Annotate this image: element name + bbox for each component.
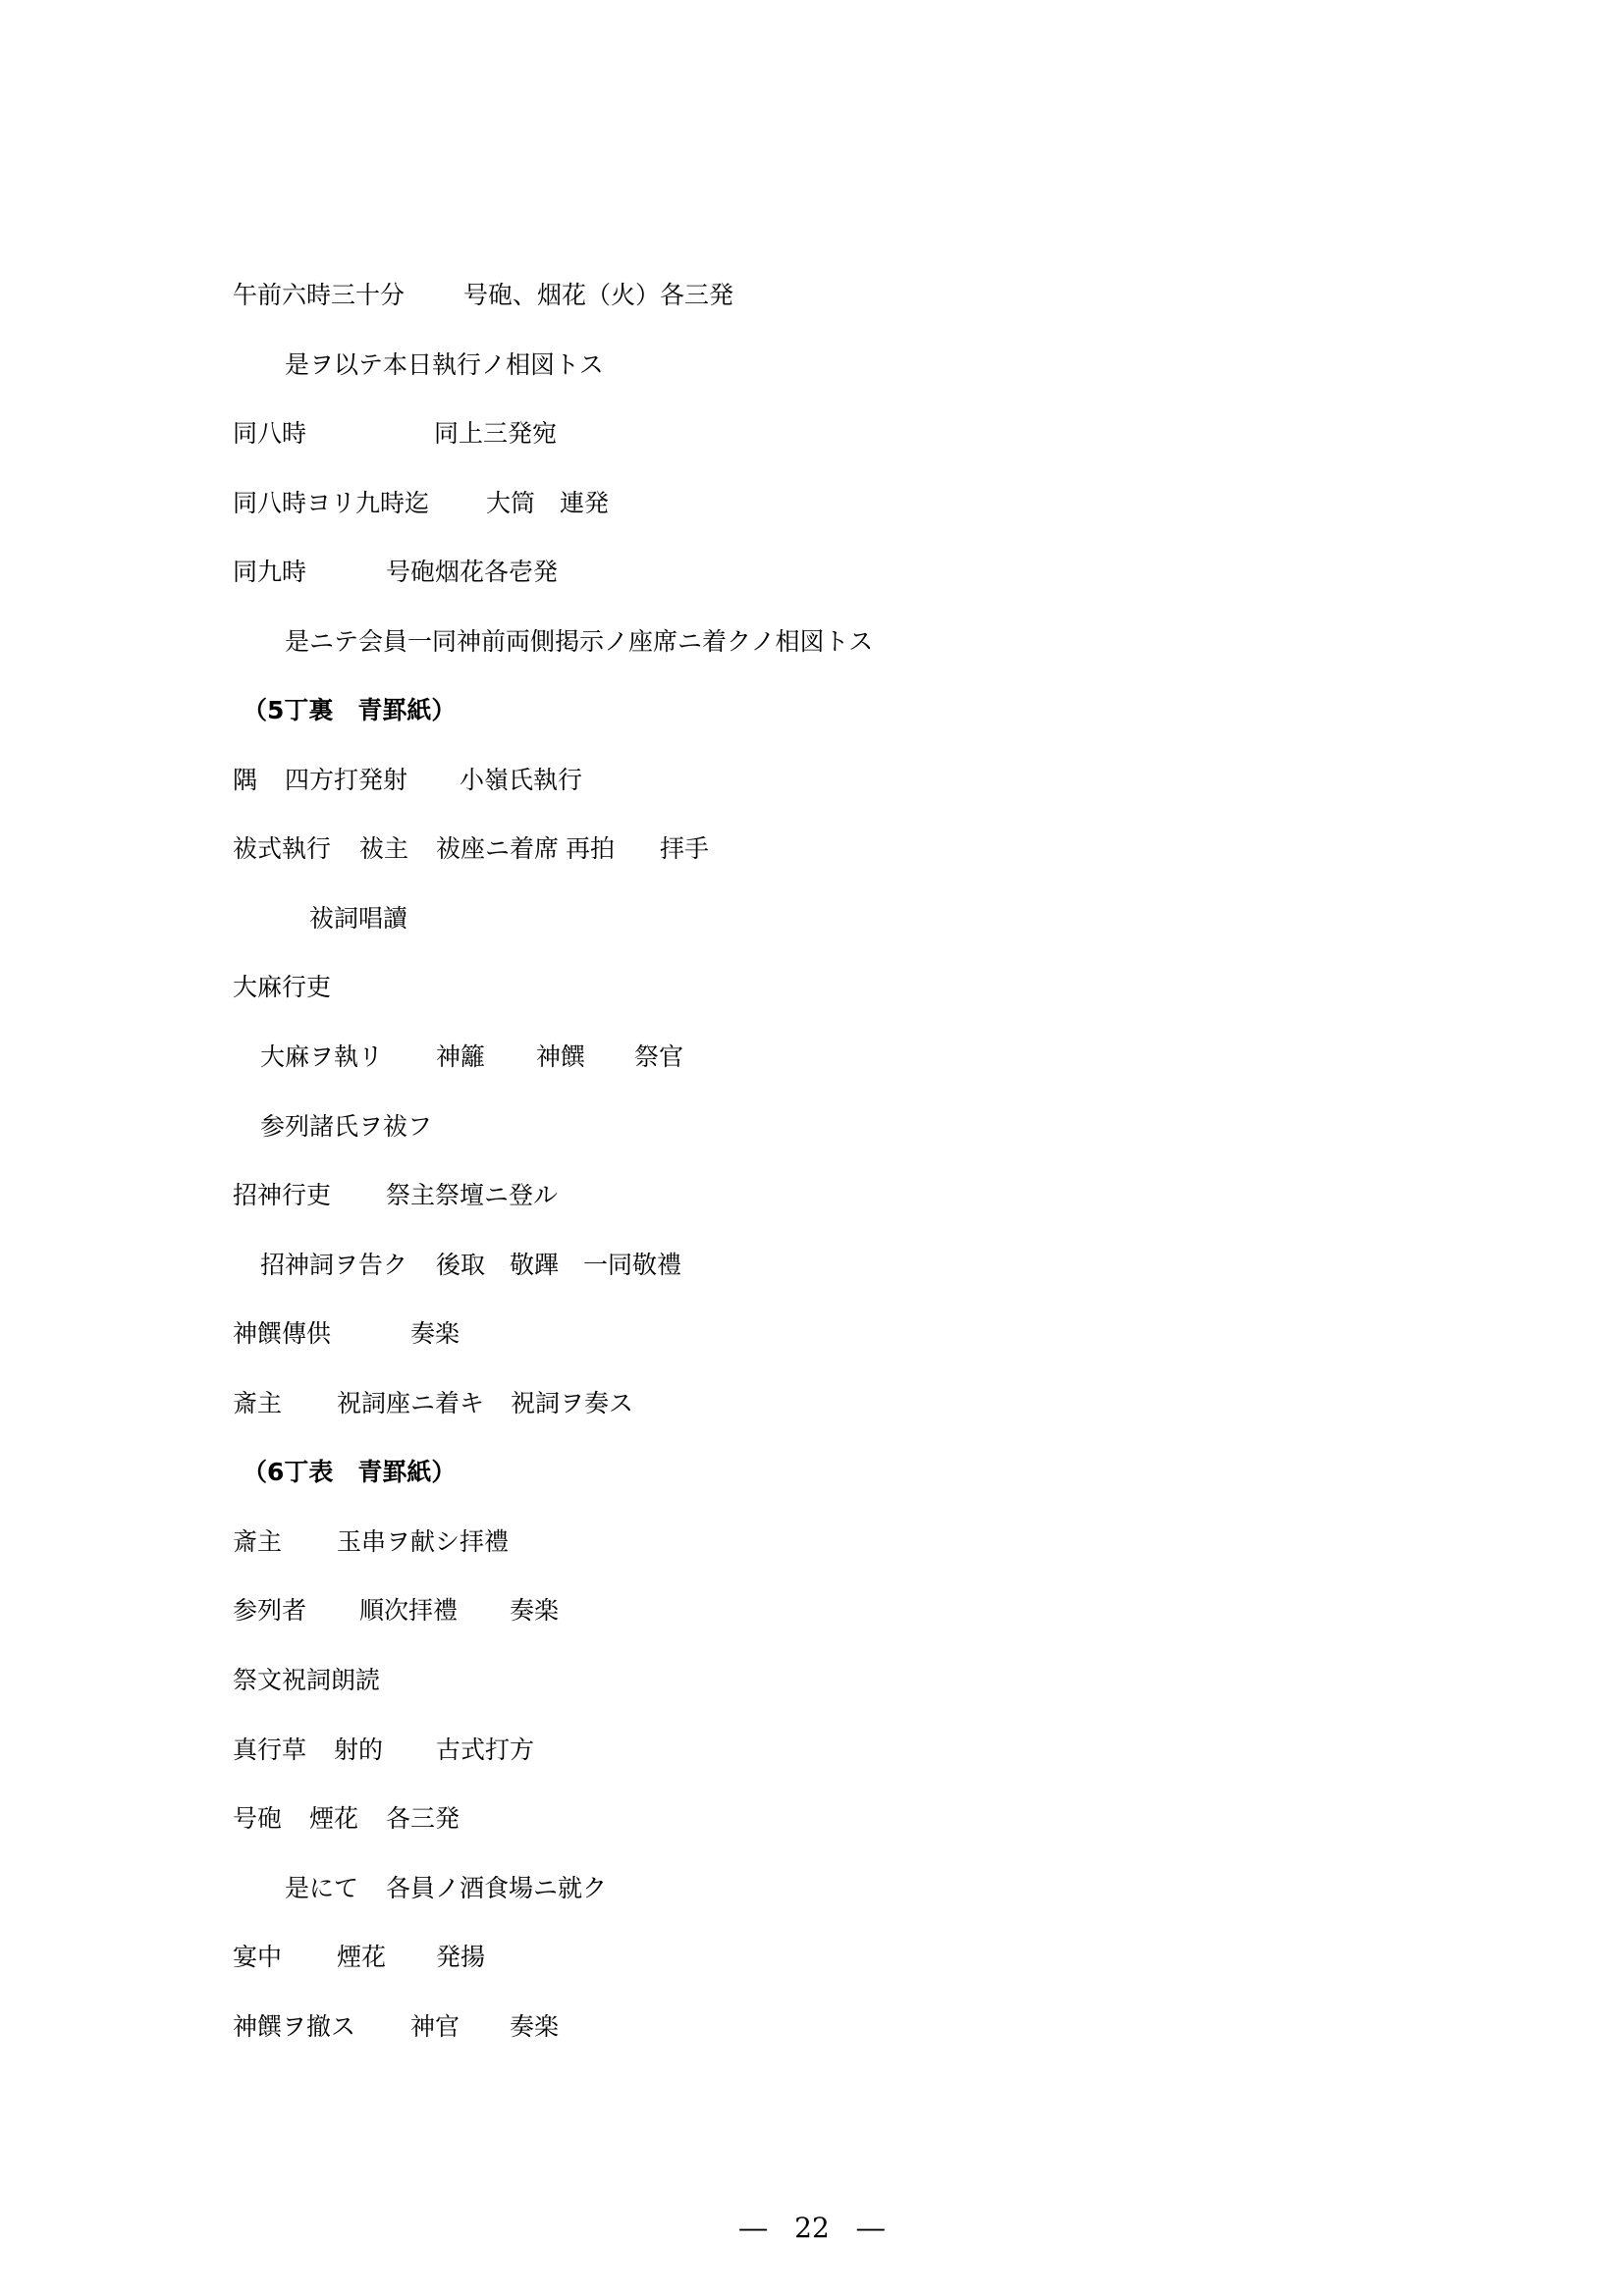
text-segment: 順次拝禮: [359, 1594, 458, 1628]
text-segment: 奏楽: [510, 2010, 559, 2044]
schedule-note: 大麻ヲ執リ神籬神饌祭官: [0, 1041, 1624, 1074]
schedule-entry: 祓式執行祓主祓座ニ着席再拍拝手: [0, 832, 1624, 866]
text-segment: 祭主祭壇ニ登ル: [386, 1179, 558, 1212]
text-segment: 大麻ヲ執リ: [260, 1041, 383, 1074]
schedule-entry: 祭文祝詞朗読: [0, 1664, 1624, 1697]
text-segment: 煙花: [337, 1941, 386, 1974]
text-segment: 真行草: [233, 1734, 306, 1767]
page-number: ― 22 ―: [0, 2211, 1624, 2246]
text-segment: 招神行吏: [233, 1179, 331, 1212]
text-segment: 奏楽: [510, 1594, 559, 1628]
text-segment: 奏楽: [410, 1317, 460, 1351]
text-segment: 是ヲ以テ本日執行ノ相図トス: [285, 348, 604, 382]
text-segment: 同上三発宛: [434, 417, 557, 451]
schedule-note: 祓詞唱讀: [0, 902, 1624, 935]
text-segment: 祭文祝詞朗読: [233, 1664, 380, 1697]
schedule-entry: 参列者順次拝禮奏楽: [0, 1594, 1624, 1628]
text-segment: （5丁裏 青罫紙）: [243, 694, 456, 727]
text-segment: 宴中: [233, 1941, 282, 1974]
text-segment: 隅: [233, 764, 257, 797]
text-segment: 玉串ヲ献シ拝禮: [337, 1525, 509, 1559]
text-segment: 祝詞座ニ着キ: [337, 1387, 484, 1420]
schedule-note: 招神詞ヲ告ク後取敬蹕一同敬禮: [0, 1249, 1624, 1282]
text-segment: 招神詞ヲ告ク: [260, 1249, 407, 1282]
text-segment: 後取: [436, 1249, 485, 1282]
text-segment: 神饌ヲ撤ス: [233, 2010, 355, 2044]
text-segment: 古式打方: [436, 1734, 534, 1767]
text-segment: 神籬: [436, 1041, 485, 1074]
text-segment: 祓座ニ着席: [436, 832, 559, 866]
text-segment: 再拍: [566, 832, 615, 866]
text-segment: 小嶺氏執行: [460, 764, 582, 797]
text-segment: 射的: [334, 1734, 383, 1767]
text-segment: 大筒: [486, 487, 535, 520]
text-segment: 祓主: [359, 832, 408, 866]
text-segment: 各員ノ酒食場ニ就ク: [386, 1872, 607, 1905]
text-segment: 参列者: [233, 1594, 306, 1628]
schedule-entry: 同九時号砲烟花各壱発: [0, 556, 1624, 589]
text-segment: 号砲、烟花（火）各三発: [463, 279, 733, 312]
text-segment: 祝詞ヲ奏ス: [511, 1387, 633, 1420]
text-segment: 参列諸氏ヲ祓フ: [260, 1110, 432, 1144]
text-segment: 祓式執行: [233, 832, 331, 866]
schedule-note: 是ヲ以テ本日執行ノ相図トス: [0, 348, 1624, 382]
schedule-note: 是にて各員ノ酒食場ニ就ク: [0, 1872, 1624, 1905]
text-segment: 敬蹕: [510, 1249, 559, 1282]
document-page: 午前六時三十分号砲、烟花（火）各三発是ヲ以テ本日執行ノ相図トス同八時同上三発宛同…: [0, 0, 1624, 2296]
text-segment: 同八時ヨリ九時迄: [233, 487, 429, 520]
text-segment: （6丁表 青罫紙）: [243, 1456, 456, 1489]
text-segment: 是ニテ会員一同神前両側掲示ノ座席ニ着クノ相図トス: [285, 625, 873, 659]
text-segment: 号砲烟花各壱発: [386, 556, 558, 589]
text-segment: 斎主: [233, 1525, 282, 1559]
text-segment: 煙花: [309, 1802, 358, 1836]
section-heading: （6丁表 青罫紙）: [0, 1456, 1624, 1489]
text-segment: 四方打発射: [285, 764, 407, 797]
text-segment: 拝手: [660, 832, 709, 866]
schedule-entry: 午前六時三十分号砲、烟花（火）各三発: [0, 279, 1624, 312]
schedule-entry: 招神行吏祭主祭壇ニ登ル: [0, 1179, 1624, 1212]
schedule-entry: 大麻行吏: [0, 971, 1624, 1004]
schedule-entry: 斎主祝詞座ニ着キ祝詞ヲ奏ス: [0, 1387, 1624, 1420]
text-segment: 神饌傳供: [233, 1317, 331, 1351]
text-segment: 発揚: [436, 1941, 485, 1974]
text-segment: 同九時: [233, 556, 306, 589]
schedule-entry: 同八時同上三発宛: [0, 417, 1624, 451]
text-segment: 是にて: [285, 1872, 358, 1905]
schedule-entry: 神饌ヲ撤ス神官奏楽: [0, 2010, 1624, 2044]
text-segment: 連発: [560, 487, 609, 520]
schedule-entry: 斎主玉串ヲ献シ拝禮: [0, 1525, 1624, 1559]
text-segment: 同八時: [233, 417, 306, 451]
text-segment: 神饌: [536, 1041, 585, 1074]
text-segment: 各三発: [386, 1802, 460, 1836]
schedule-note: 参列諸氏ヲ祓フ: [0, 1110, 1624, 1144]
schedule-entry: 号砲煙花各三発: [0, 1802, 1624, 1836]
schedule-entry: 神饌傳供奏楽: [0, 1317, 1624, 1351]
text-segment: 神官: [410, 2010, 460, 2044]
text-segment: 祓詞唱讀: [309, 902, 407, 935]
schedule-entry: 宴中煙花発揚: [0, 1941, 1624, 1974]
section-heading: （5丁裏 青罫紙）: [0, 694, 1624, 727]
text-segment: 午前六時三十分: [233, 279, 405, 312]
schedule-entry: 同八時ヨリ九時迄大筒連発: [0, 487, 1624, 520]
text-segment: 大麻行吏: [233, 971, 331, 1004]
text-segment: 一同敬禮: [583, 1249, 681, 1282]
schedule-entry: 隅四方打発射小嶺氏執行: [0, 764, 1624, 797]
text-segment: 斎主: [233, 1387, 282, 1420]
schedule-note: 是ニテ会員一同神前両側掲示ノ座席ニ着クノ相図トス: [0, 625, 1624, 659]
text-segment: 号砲: [233, 1802, 282, 1836]
text-segment: 祭官: [634, 1041, 683, 1074]
schedule-entry: 真行草射的古式打方: [0, 1734, 1624, 1767]
